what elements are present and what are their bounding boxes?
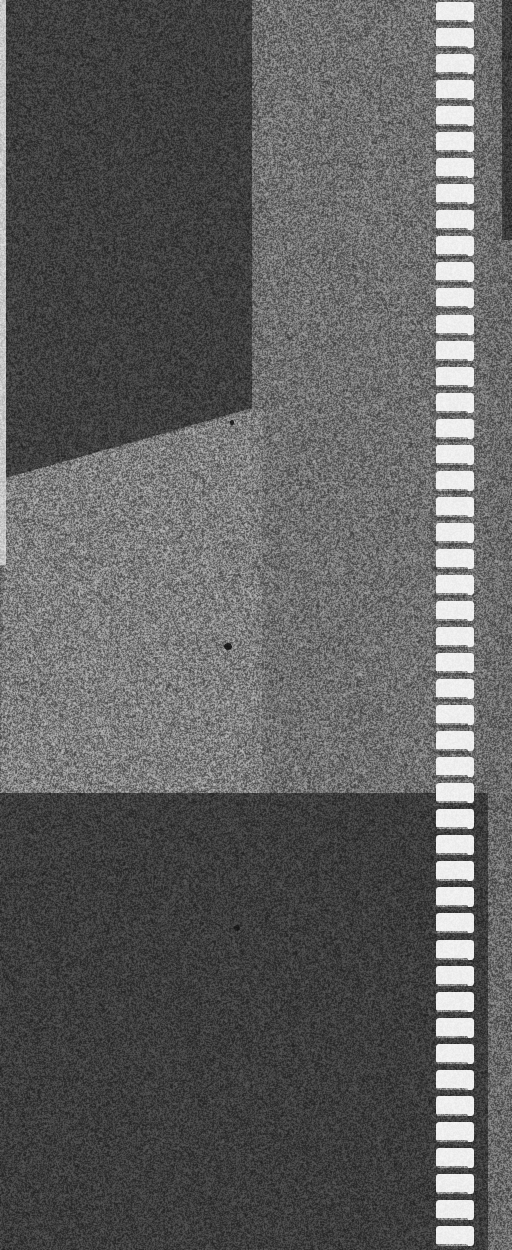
- stripe-segment: [436, 966, 474, 986]
- stripe-segment: [436, 2, 474, 22]
- stripe-segment: [436, 705, 474, 725]
- stripe-segment: [436, 653, 474, 673]
- stripe-segment: [436, 1044, 474, 1064]
- stripe-segment: [436, 315, 474, 335]
- dark-upper-block: [6, 0, 252, 478]
- stripe-segment: [436, 1070, 474, 1090]
- stripe-segment: [436, 132, 474, 152]
- stripe-segment: [436, 757, 474, 777]
- dark-speck: [234, 925, 240, 931]
- stripe-segment: [436, 367, 474, 387]
- stripe-segment: [436, 835, 474, 855]
- stripe-segment: [436, 887, 474, 907]
- stripe-segment: [436, 471, 474, 491]
- stripe-segment: [436, 861, 474, 881]
- stripe-segment: [436, 1018, 474, 1038]
- stripe-segment: [436, 575, 474, 595]
- stripe-segment: [436, 1226, 474, 1246]
- stripe-segment: [436, 523, 474, 543]
- stripe-segment: [436, 809, 474, 829]
- stripe-segment: [436, 1122, 474, 1142]
- stripe-segment: [436, 1200, 474, 1220]
- white-dashed-stripe: [436, 0, 474, 1250]
- stripe-segment: [436, 262, 474, 282]
- stripe-segment: [436, 549, 474, 569]
- stripe-segment: [436, 1096, 474, 1116]
- stripe-segment: [436, 184, 474, 204]
- stripe-segment: [436, 783, 474, 803]
- stripe-segment: [436, 288, 474, 308]
- stripe-segment: [436, 28, 474, 48]
- stripe-segment: [436, 236, 474, 256]
- stripe-segment: [436, 940, 474, 960]
- stripe-segment: [436, 80, 474, 100]
- stripe-segment: [436, 992, 474, 1012]
- stripe-segment: [436, 1174, 474, 1194]
- left-edge-strip: [0, 0, 6, 565]
- stripe-segment: [436, 158, 474, 178]
- stripe-segment: [436, 497, 474, 517]
- stripe-segment: [436, 210, 474, 230]
- stripe-segment: [436, 627, 474, 647]
- stripe-segment: [436, 54, 474, 74]
- stripe-segment: [436, 106, 474, 126]
- stripe-segment: [436, 601, 474, 621]
- photo-scene: [0, 0, 512, 1250]
- stripe-segment: [436, 393, 474, 413]
- dark-speck: [230, 420, 234, 425]
- mid-gray-lane: [262, 0, 438, 795]
- stripe-segment: [436, 419, 474, 439]
- stripe-segment: [436, 1148, 474, 1168]
- dark-speck: [224, 643, 232, 650]
- stripe-segment: [436, 913, 474, 933]
- stripe-segment: [436, 679, 474, 699]
- stripe-segment: [436, 341, 474, 361]
- stripe-segment: [436, 731, 474, 751]
- stripe-segment: [436, 445, 474, 465]
- right-edge-dark-strip: [502, 0, 512, 240]
